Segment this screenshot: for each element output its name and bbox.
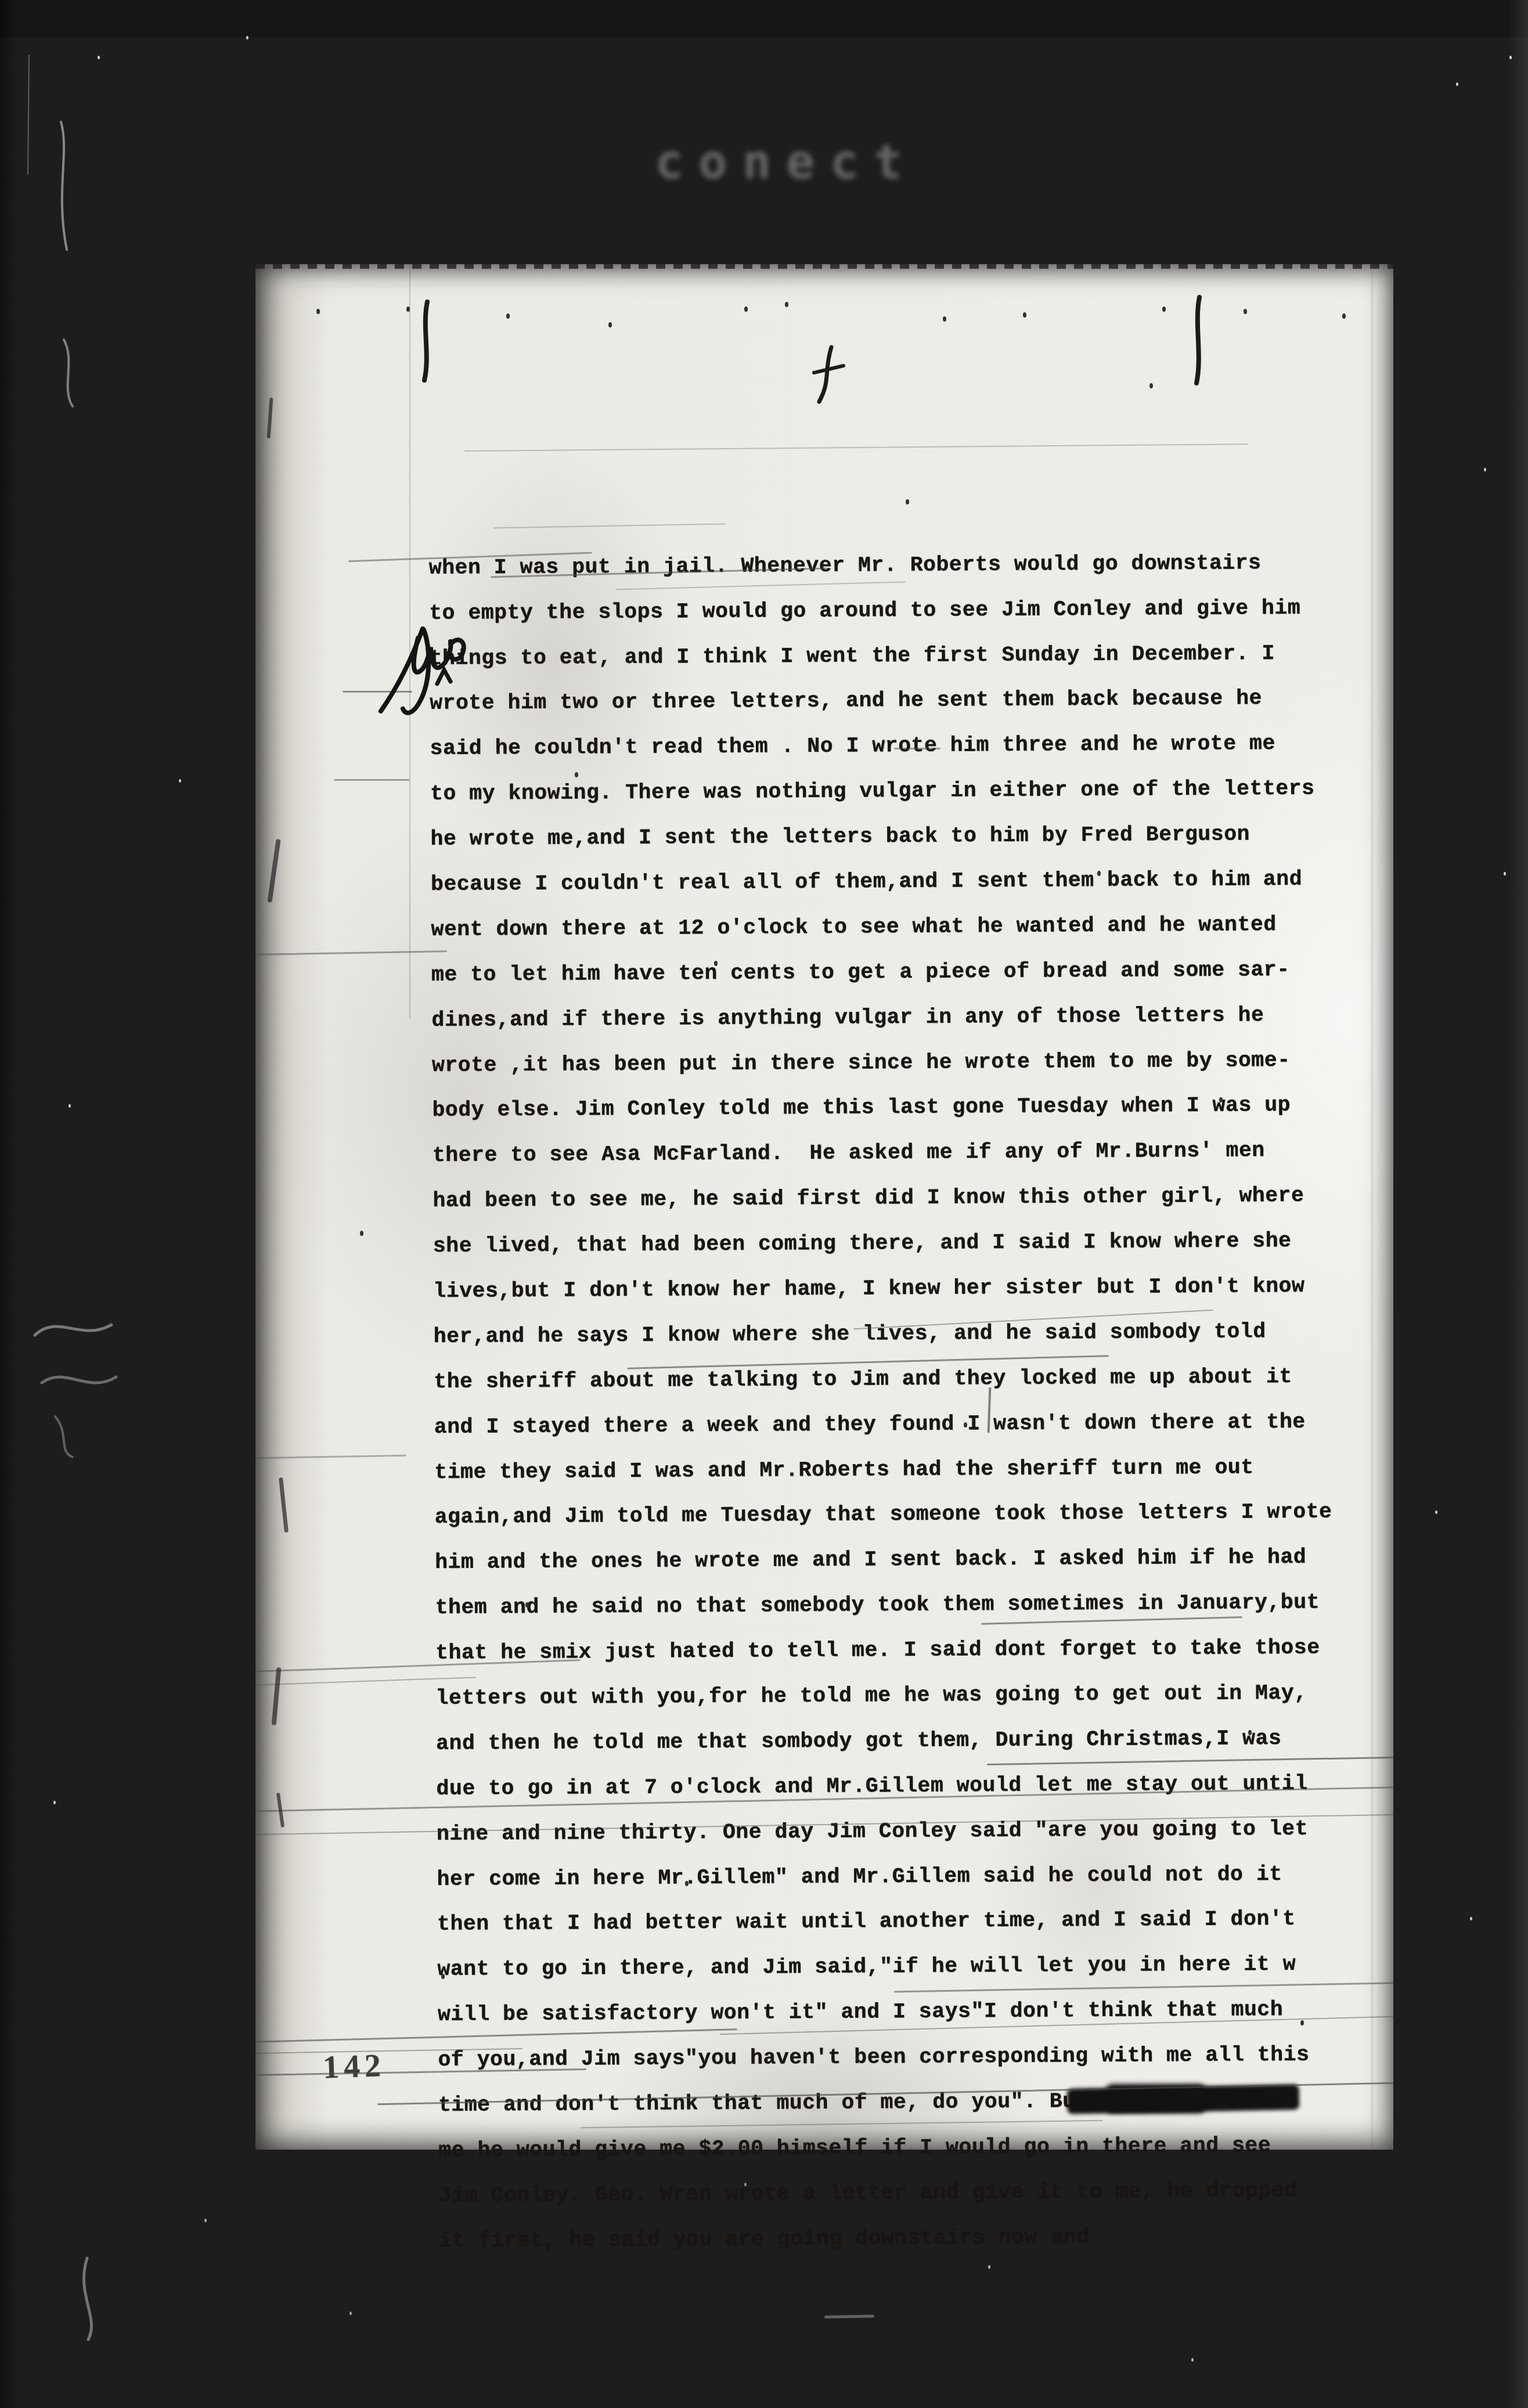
typed-line: her,and he says I know where she lives, … xyxy=(434,1308,1331,1359)
typed-line: she lived, that had been coming there, a… xyxy=(433,1219,1331,1269)
typed-line: again,and Jim told me Tuesday that someo… xyxy=(434,1490,1332,1540)
typed-line: letters out with you,for he told me he w… xyxy=(435,1671,1333,1721)
film-right-edge xyxy=(1508,0,1528,2408)
film-left-edge xyxy=(0,0,17,2408)
typed-line: them and he said no that somebody took t… xyxy=(435,1580,1332,1631)
typed-line: went down there at 12 o'clock to see wha… xyxy=(431,902,1328,952)
typed-line: Jim Conley. Geo. Wren wrote a letter and… xyxy=(439,2168,1336,2218)
typed-line: said he couldn't read them . No I wrote … xyxy=(430,721,1327,772)
film-scratch-dash xyxy=(824,2315,874,2319)
typed-line: nine and nine thirty. One day Jim Conley… xyxy=(437,1806,1334,1857)
page-crease xyxy=(409,264,410,1019)
typed-line: had been to see me, he said first did I … xyxy=(433,1173,1330,1224)
typed-line: to my knowing. There was nothing vulgar … xyxy=(430,766,1328,817)
typed-line: her come in here Mr.Gillem" and Mr.Gille… xyxy=(437,1851,1334,1902)
typed-line: because I couldn't real all of them,and … xyxy=(431,856,1328,907)
typed-line: and I stayed there a week and they found… xyxy=(434,1399,1331,1450)
ghost-stamp-text: conect xyxy=(655,135,917,190)
typed-line: wrote ,it has been put in there since he… xyxy=(432,1037,1329,1088)
microfilm-frame: conect when I was put in jail. Whenever … xyxy=(0,0,1528,2408)
page-crease xyxy=(1371,264,1373,2148)
dust-specks-white xyxy=(0,0,2,3)
typed-line: then that I had better wait until anothe… xyxy=(437,1897,1335,1947)
typed-line: me he would give me $2.00 himself if I w… xyxy=(438,2122,1336,2173)
typed-line: time they said I was and Mr.Roberts had … xyxy=(434,1444,1332,1495)
typed-line: dines,and if there is anything vulgar in… xyxy=(431,992,1329,1043)
pencil-streak xyxy=(343,691,412,693)
typed-line: of you,and Jim says"you haven't been cor… xyxy=(438,2032,1335,2083)
film-top-band xyxy=(0,0,1528,37)
typed-line: him and the ones he wrote me and I sent … xyxy=(435,1535,1332,1585)
film-scratches xyxy=(28,55,116,2339)
typed-text-block: when I was put in jail. Whenever Mr. Rob… xyxy=(428,405,1336,2264)
typed-line: body else. Jim Conley told me this last … xyxy=(432,1083,1329,1133)
page-top-edge xyxy=(255,261,1393,269)
typed-line: want to go in there, and Jim said,"if he… xyxy=(437,1942,1335,1992)
typed-line: me to let him have ten cents to get a pi… xyxy=(431,947,1329,997)
page-number: 142 xyxy=(322,2047,386,2086)
typed-line: lives,but I don't know her hame, I knew … xyxy=(433,1263,1331,1314)
typed-line: he wrote me,and I sent the letters back … xyxy=(430,812,1328,862)
pencil-streak xyxy=(334,779,409,781)
pencil-streak xyxy=(894,748,940,749)
typed-line: that he smix just hated to tell me. I sa… xyxy=(435,1625,1333,1676)
typed-line: there to see Asa McFarland. He asked me … xyxy=(433,1128,1330,1178)
typed-line: it first, he said you are going downstai… xyxy=(439,2213,1336,2263)
typed-line: and then he told me that sombody got the… xyxy=(436,1715,1334,1766)
typed-line: wrote him two or three letters, and he s… xyxy=(430,676,1327,726)
typed-line: things to eat, and I think I went the fi… xyxy=(429,630,1327,681)
typed-line: to empty the slops I would go around to … xyxy=(429,585,1327,636)
